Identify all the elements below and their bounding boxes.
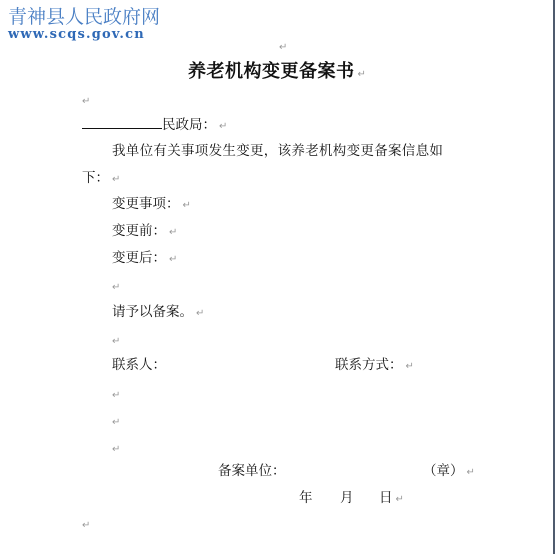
paragraph-mark-icon: ↵ xyxy=(467,467,475,478)
paragraph-mark-icon: ↵ xyxy=(112,417,120,428)
date-day: 日↵ xyxy=(379,490,404,508)
addressee-blank xyxy=(82,116,162,129)
date-year: 年 xyxy=(299,490,313,506)
paragraph-mark-icon: ↵ xyxy=(112,282,120,293)
filing-unit-label: 备案单位： xyxy=(218,463,286,479)
body-text-line-1: 我单位有关事项发生变更，该养老机构变更备案信息如 xyxy=(112,143,443,159)
paragraph-mark-icon: ↵ xyxy=(112,336,120,347)
watermark-site-name: 青神县人民政府网 xyxy=(8,6,160,28)
date-month: 月 xyxy=(340,490,354,506)
date-month-label: 月 xyxy=(340,490,354,506)
date-day-label: 日 xyxy=(379,490,393,506)
empty-paragraph: ↵ xyxy=(112,386,120,404)
watermark-url: www.scqs.gov.cn xyxy=(8,28,160,42)
request-line: 请予以备案。↵ xyxy=(112,304,204,322)
paragraph-mark-icon: ↵ xyxy=(82,96,90,107)
addressee-suffix: 民政局： xyxy=(162,117,216,133)
empty-paragraph: ↵ xyxy=(82,92,90,110)
paragraph-mark-icon: ↵ xyxy=(358,69,367,80)
paragraph-mark-icon: ↵ xyxy=(82,520,90,531)
paragraph-mark-icon: ↵ xyxy=(406,361,414,372)
empty-paragraph: ↵ xyxy=(112,413,120,431)
paragraph-mark-icon: ↵ xyxy=(279,42,287,53)
empty-paragraph: ↵ xyxy=(82,516,90,534)
seal-label: （章） xyxy=(423,463,464,479)
paragraph-mark-icon: ↵ xyxy=(112,444,120,455)
before-label: 变更前： xyxy=(112,223,166,239)
site-watermark: 青神县人民政府网 www.scqs.gov.cn xyxy=(8,6,160,42)
seal-field: （章）↵ xyxy=(423,463,475,481)
after-label: 变更后： xyxy=(112,250,166,266)
paragraph-mark-icon: ↵ xyxy=(112,174,120,185)
paragraph-mark-icon: ↵ xyxy=(112,390,120,401)
document-page: 青神县人民政府网 www.scqs.gov.cn ↵ 养老机构变更备案书↵ ↵ … xyxy=(0,0,553,554)
paragraph-mark-icon: ↵ xyxy=(169,227,177,238)
paragraph-mark-icon: ↵ xyxy=(219,121,227,132)
contact-method-field: 联系方式：↵ xyxy=(335,357,414,375)
change-item-field: 变更事项：↵ xyxy=(112,196,191,214)
after-field: 变更后：↵ xyxy=(112,250,177,268)
document-title-text: 养老机构变更备案书 xyxy=(188,61,355,82)
before-field: 变更前：↵ xyxy=(112,223,177,241)
document-title: 养老机构变更备案书↵ xyxy=(188,57,366,83)
addressee-line: 民政局：↵ xyxy=(82,116,227,135)
filing-unit-field: 备案单位： xyxy=(218,463,286,479)
empty-paragraph: ↵ xyxy=(112,332,120,350)
empty-paragraph: ↵ xyxy=(276,38,287,56)
empty-paragraph: ↵ xyxy=(112,278,120,296)
request-text: 请予以备案。 xyxy=(112,304,193,320)
contact-person-label: 联系人： xyxy=(112,357,166,373)
body-text-line-2: 下：↵ xyxy=(82,170,120,188)
paragraph-mark-icon: ↵ xyxy=(396,494,404,505)
body-text: 我单位有关事项发生变更，该养老机构变更备案信息如 xyxy=(112,143,443,159)
change-item-label: 变更事项： xyxy=(112,196,180,212)
date-year-label: 年 xyxy=(299,490,313,506)
paragraph-mark-icon: ↵ xyxy=(196,308,204,319)
body-text: 下： xyxy=(82,170,109,186)
contact-method-label: 联系方式： xyxy=(335,357,403,373)
paragraph-mark-icon: ↵ xyxy=(169,254,177,265)
empty-paragraph: ↵ xyxy=(112,440,120,458)
contact-person-field: 联系人： xyxy=(112,357,166,373)
paragraph-mark-icon: ↵ xyxy=(183,200,191,211)
